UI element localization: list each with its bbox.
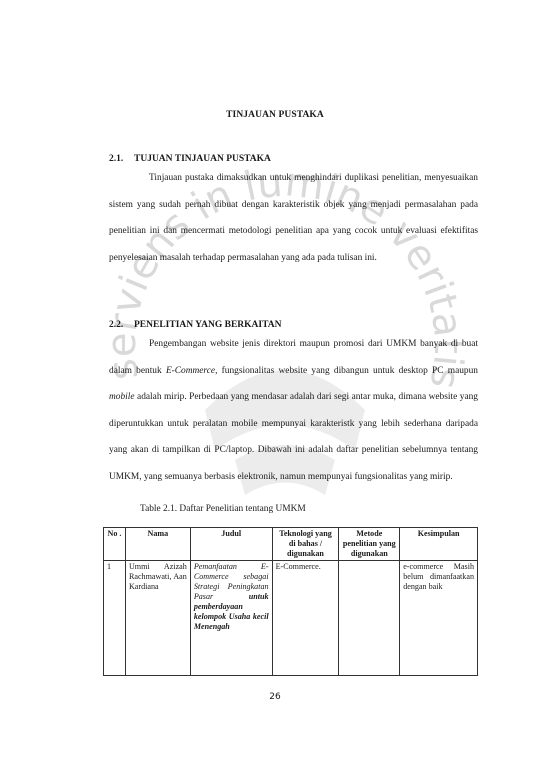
table-row: 1 Ummi Azizah Rachmawati, Aan Kardiana P… [104,561,478,676]
column-header-teknologi: Teknologi yang di bahas / digunakan [272,528,339,561]
section-number: 2.1. [109,154,134,164]
table-header-row: No . Nama Judul Teknologi yang di bahas … [104,528,478,561]
section-title: PENELITIAN YANG BERKAITAN [134,320,281,330]
paragraph-text: , fungsionalitas website yang dibangun u… [215,366,478,376]
column-header-no: No . [104,528,126,561]
column-header-kesimpulan: Kesimpulan [400,528,478,561]
page-number: 26 [0,692,550,702]
cell-kesimpulan: e-commerce Masih belum dimanfaatkan deng… [400,561,478,676]
section-2-2-paragraph: Pengembangan website jenis direktori mau… [109,331,478,491]
document-page: TINJAUAN PUSTAKA 2.1.TUJUAN TINJAUAN PUS… [0,0,550,777]
section-2-1-paragraph: Tinjauan pustaka dimaksudkan untuk mengh… [109,165,478,271]
research-table: No . Nama Judul Teknologi yang di bahas … [103,527,478,676]
column-header-nama: Nama [125,528,190,561]
section-heading-2-1: 2.1.TUJUAN TINJAUAN PUSTAKA [109,154,271,164]
paragraph-text: adalah mirip. Perbedaan yang mendasar ad… [109,392,478,482]
paragraph-emphasis: E-Commerce [166,366,215,376]
section-title: TUJUAN TINJAUAN PUSTAKA [134,154,271,164]
column-header-judul: Judul [190,528,272,561]
table-caption: Table 2.1. Daftar Penelitian tentang UMK… [140,504,306,514]
cell-teknologi: E-Commerce. [272,561,339,676]
chapter-title: TINJAUAN PUSTAKA [0,110,550,120]
cell-metode [339,561,400,676]
section-number: 2.2. [109,320,134,330]
section-heading-2-2: 2.2.PENELITIAN YANG BERKAITAN [109,320,281,330]
cell-judul: Pemanfaatan E-Commerce sebagai Strategi … [190,561,272,676]
cell-no: 1 [104,561,126,676]
cell-nama: Ummi Azizah Rachmawati, Aan Kardiana [125,561,190,676]
paragraph-emphasis: mobile [109,392,135,402]
column-header-metode: Metode penelitian yang digunakan [339,528,400,561]
